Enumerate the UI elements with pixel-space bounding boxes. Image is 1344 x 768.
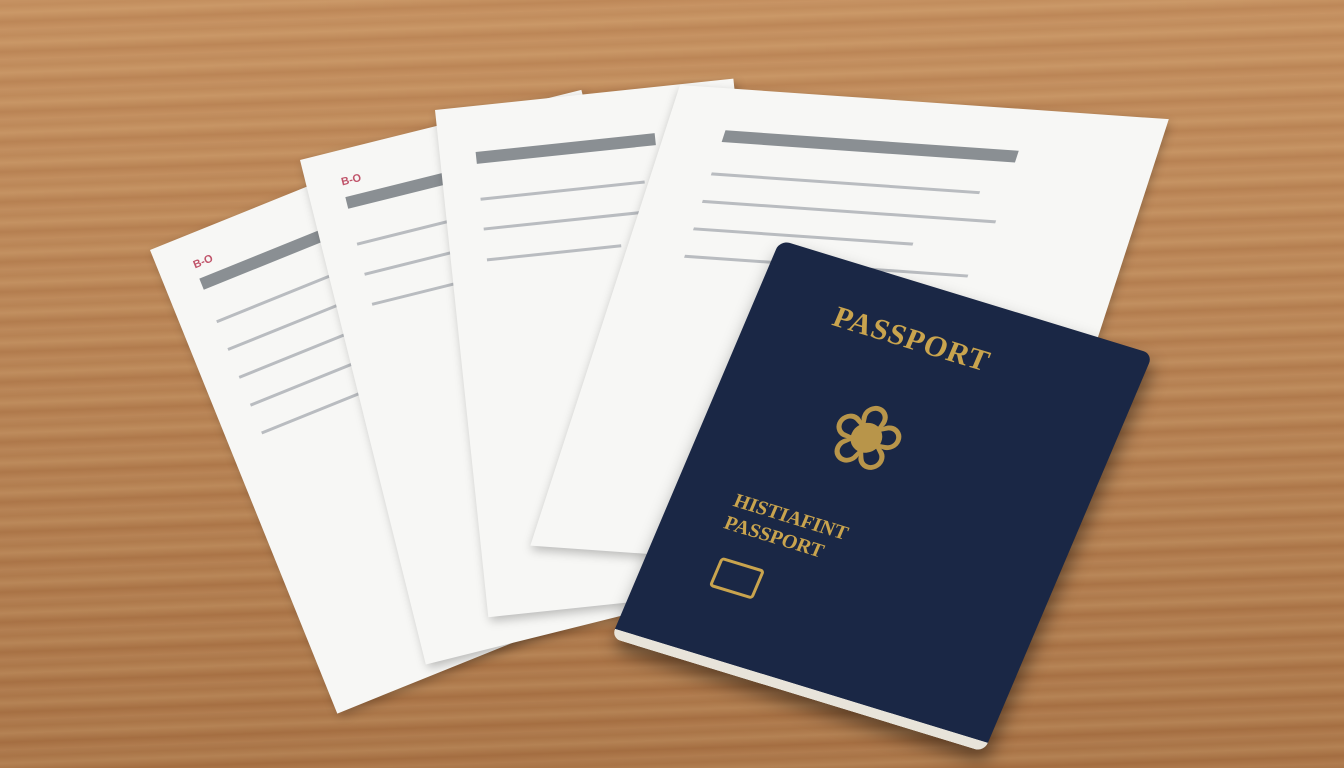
form-logo: B-O	[340, 172, 362, 189]
passport-title: PASSPORT	[827, 300, 995, 379]
form-logo: B-O	[192, 253, 215, 272]
form-header-bar	[476, 133, 656, 164]
passport-subtitle: HISTIAFINT PASSPORT	[720, 489, 852, 568]
form-header-bar	[721, 131, 1018, 163]
biometric-chip-icon	[709, 557, 766, 600]
eagle-emblem-icon: ❀	[812, 386, 919, 491]
